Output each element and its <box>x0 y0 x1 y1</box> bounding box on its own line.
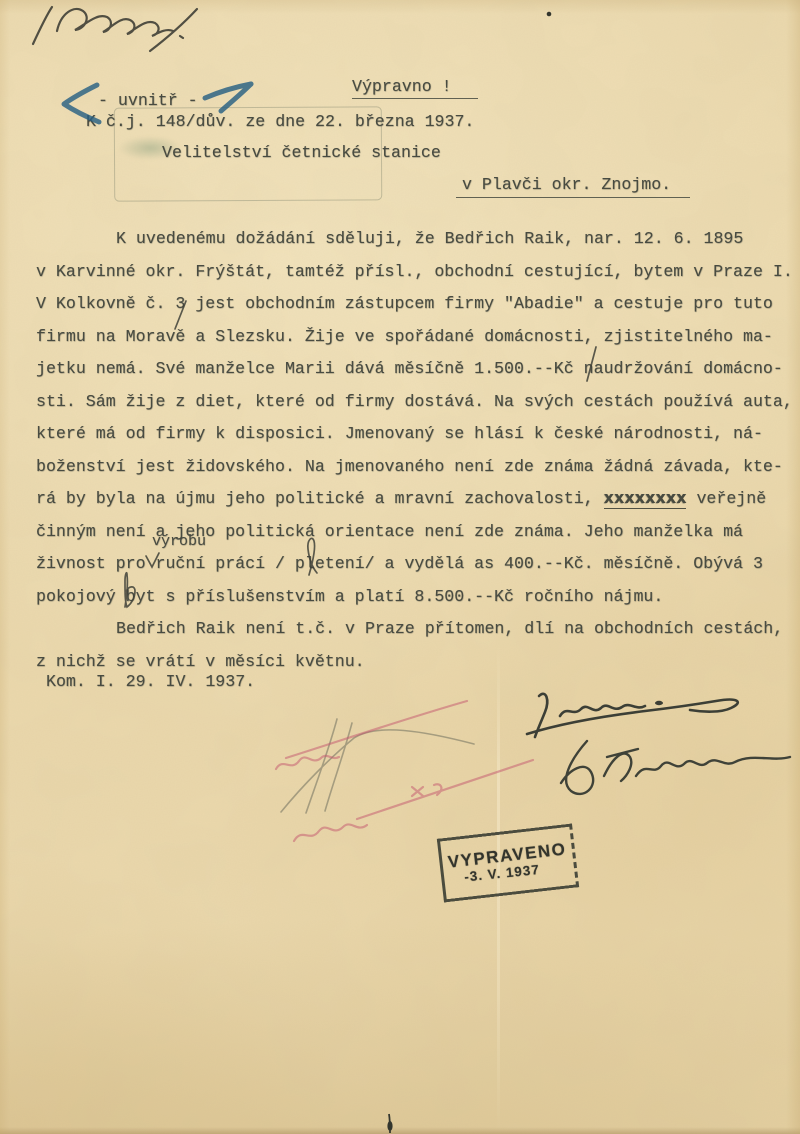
body-line: K uvedenému dožádání sděluji, že Bedřich… <box>36 223 800 256</box>
vypraveno-stamp: VYPRAVENO -3. V. 1937 <box>437 824 579 903</box>
body-line: jetku nemá. Své manželce Marii dává měsí… <box>36 353 800 386</box>
body-line: boženství jest židovského. Na jmenovanéh… <box>36 451 800 484</box>
overtyped-strikeout: xxxxxxxx <box>604 489 687 509</box>
signature-commander <box>527 694 738 737</box>
addressee-line1: Velitelství četnické stanice <box>162 143 441 163</box>
body-line-with-strikeout: rá by byla na újmu jeho politické a mrav… <box>36 483 800 516</box>
pencil-hash-mark <box>281 719 474 813</box>
date-line: Kom. I. 29. IV. 1937. <box>46 672 255 692</box>
body-line: sti. Sám žije z diet, které od firmy dos… <box>36 386 800 419</box>
body-line-pre: rá by byla na újmu jeho politické a mrav… <box>36 489 604 508</box>
body-line: Bedřich Raik není t.č. v Praze přítomen,… <box>36 613 800 646</box>
body-line-post: veřejně <box>686 489 766 508</box>
body-line: firmu na Moravě a Slezsku. Žije ve spořá… <box>36 321 800 354</box>
signature-second <box>561 741 790 794</box>
body-line: V Kolkovně č. 3 jest obchodním zástupcem… <box>36 288 800 321</box>
document-page: - uvnitř - Výpravno ! K č.j. 148/dův. ze… <box>0 0 800 1134</box>
body-text: K uvedenému dožádání sděluji, že Bedřich… <box>36 223 800 678</box>
routing-note: - uvnitř - <box>98 91 198 111</box>
dispatch-heading: Výpravno ! <box>352 77 478 99</box>
reference-line: K č.j. 148/dův. ze dne 22. března 1937. <box>86 112 474 132</box>
body-line: činným není a jeho politická orientace n… <box>36 516 800 549</box>
body-line: v Karvinné okr. Frýštát, tamtéž přísl., … <box>36 256 800 289</box>
red-pencil-marks <box>276 701 533 841</box>
body-line: pokojový byt s příslušenstvím a platí 8.… <box>36 581 800 614</box>
typed-insertion-vyrobu: výrobu <box>152 533 206 550</box>
handwritten-svoboda-note <box>33 7 197 51</box>
body-line: živnost pro ruční prácí / pletení/ a vyd… <box>36 548 800 581</box>
addressee-line2: v Plavči okr. Znojmo. <box>456 175 690 198</box>
body-line: které má od firmy k disposici. Jmenovaný… <box>36 418 800 451</box>
